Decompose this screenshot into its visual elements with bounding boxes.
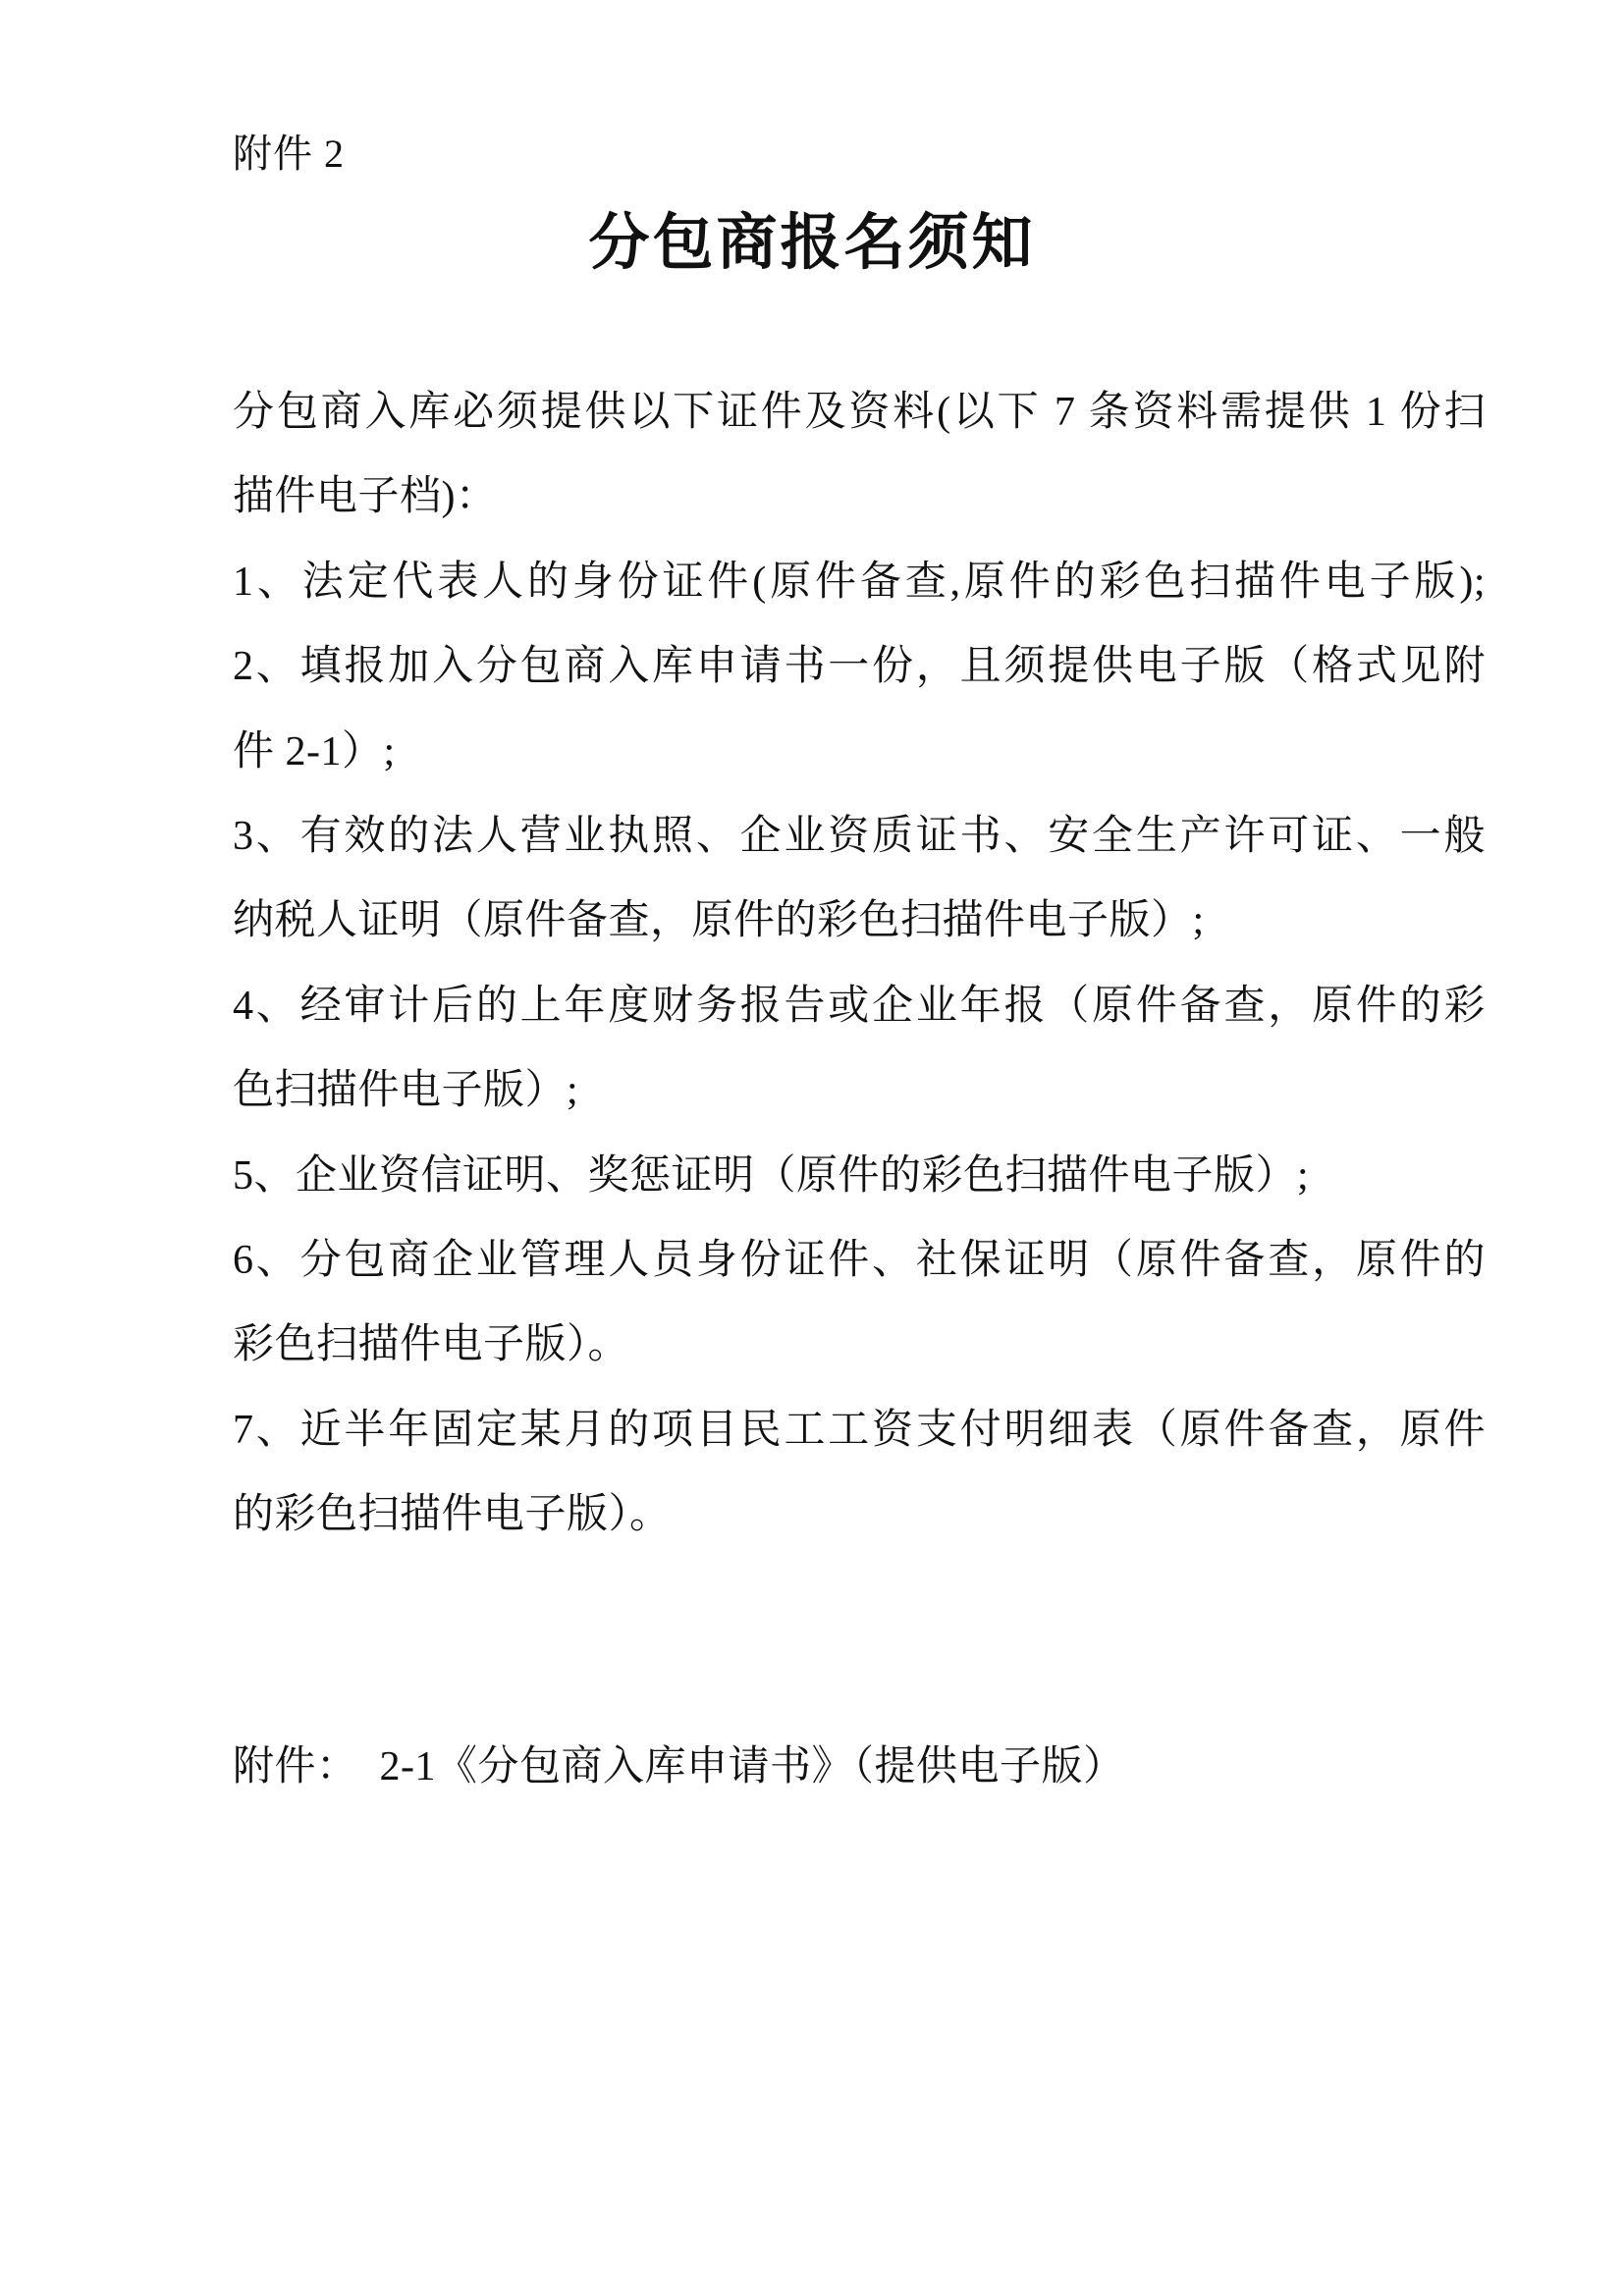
item-1-line-1: 1、法定代表人的身份证件(原件备查,原件的彩色扫描件电子版); xyxy=(233,540,1486,624)
item-4-line-1: 4、经审计后的上年度财务报告或企业年报（原件备查，原件的彩 xyxy=(233,964,1486,1048)
item-7-line-2: 的彩色扫描件电子版）。 xyxy=(233,1472,1486,1557)
attachment-label: 附件 2 xyxy=(233,130,345,179)
intro-line-1: 分包商入库必须提供以下证件及资料(以下 7 条资料需提供 1 份扫 xyxy=(233,370,1486,454)
document-page: 附件 2 分包商报名须知 分包商入库必须提供以下证件及资料(以下 7 条资料需提… xyxy=(0,0,1624,2296)
item-5-line-1: 5、企业资信证明、奖惩证明（原件的彩色扫描件电子版）; xyxy=(233,1134,1486,1218)
item-6-line-1: 6、分包商企业管理人员身份证件、社保证明（原件备查，原件的 xyxy=(233,1218,1486,1303)
item-4-line-2: 色扫描件电子版）; xyxy=(233,1048,1486,1133)
intro-line-2: 描件电子档)： xyxy=(233,454,1486,539)
item-3-line-1: 3、有效的法人营业执照、企业资质证书、安全生产许可证、一般 xyxy=(233,794,1486,879)
item-2-line-1: 2、填报加入分包商入库申请书一份，且须提供电子版（格式见附 xyxy=(233,624,1486,709)
item-6-line-2: 彩色扫描件电子版）。 xyxy=(233,1303,1486,1387)
item-3-line-2: 纳税人证明（原件备查，原件的彩色扫描件电子版）; xyxy=(233,879,1486,963)
item-2-line-2: 件 2-1）; xyxy=(233,710,1486,794)
footer-attachment-note: 附件： 2-1《分包商入库申请书》（提供电子版） xyxy=(233,1732,1125,1802)
page-title: 分包商报名须知 xyxy=(0,202,1624,285)
body-text: 分包商入库必须提供以下证件及资料(以下 7 条资料需提供 1 份扫 描件电子档)… xyxy=(233,370,1486,1557)
item-7-line-1: 7、近半年固定某月的项目民工工资支付明细表（原件备查，原件 xyxy=(233,1388,1486,1472)
